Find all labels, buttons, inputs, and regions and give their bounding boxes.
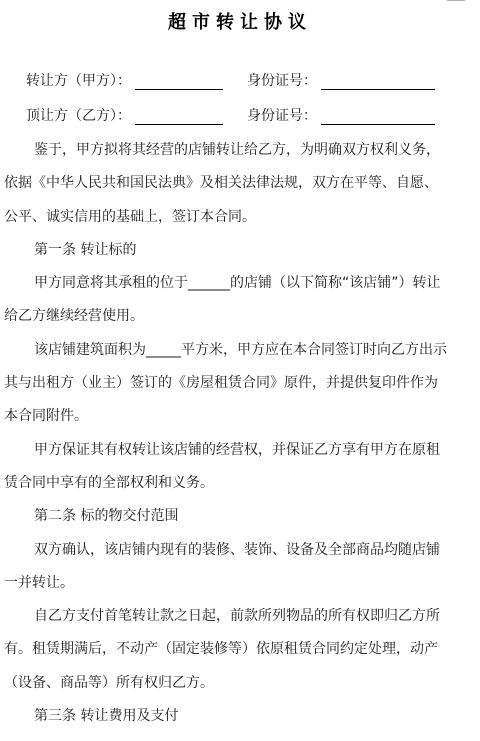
article-1-clause-2: 该店铺建筑面积为_____平方米，甲方应在本合同签订时向乙方出示其与出租方（业主… — [4, 334, 448, 434]
preamble-paragraph: 鉴于，甲方拟将其经营的店铺转让给乙方，为明确双方权利义务，依据《中华人民共和国民… — [4, 134, 448, 234]
party-a-label: 转让方（甲方）： — [26, 70, 131, 90]
document-body: 鉴于，甲方拟将其经营的店铺转让给乙方，为明确双方权利义务，依据《中华人民共和国民… — [4, 134, 448, 733]
party-a-id-label: 身份证号： — [247, 70, 317, 90]
party-b-id-label: 身份证号： — [247, 105, 317, 125]
article-1-heading: 第一条 转让标的 — [4, 234, 448, 267]
party-b-row: 顶让方（乙方）： 身份证号： — [26, 103, 435, 125]
party-b-label: 顶让方（乙方）： — [26, 105, 131, 125]
article-2-clause-2: 自乙方支付首笔转让款之日起，前款所列物品的所有权即归乙方所有。租赁期满后，不动产… — [4, 600, 448, 700]
party-b-name-field[interactable] — [135, 108, 223, 125]
party-a-row: 转让方（甲方）： 身份证号： — [26, 68, 435, 90]
article-2-clause-1: 双方确认，该店铺内现有的装修、装饰、设备及全部商品均随店铺一并转让。 — [4, 534, 448, 601]
article-2-heading: 第二条 标的物交付范围 — [4, 500, 448, 533]
article-3-heading: 第三条 转让费用及支付 — [4, 700, 448, 733]
party-b-id-field[interactable] — [321, 108, 435, 125]
article-1-clause-3: 甲方保证其有权转让该店铺的经营权，并保证乙方享有甲方在原租赁合同中享有的全部权利… — [4, 434, 448, 501]
article-1-clause-1: 甲方同意将其承租的位于______的店铺（以下简称“该店铺”）转让给乙方继续经营… — [4, 267, 448, 334]
page-corner-mark — [447, 0, 465, 1]
party-a-name-field[interactable] — [135, 73, 223, 90]
document-title: 超市转让协议 — [0, 8, 480, 34]
party-a-id-field[interactable] — [321, 73, 435, 90]
